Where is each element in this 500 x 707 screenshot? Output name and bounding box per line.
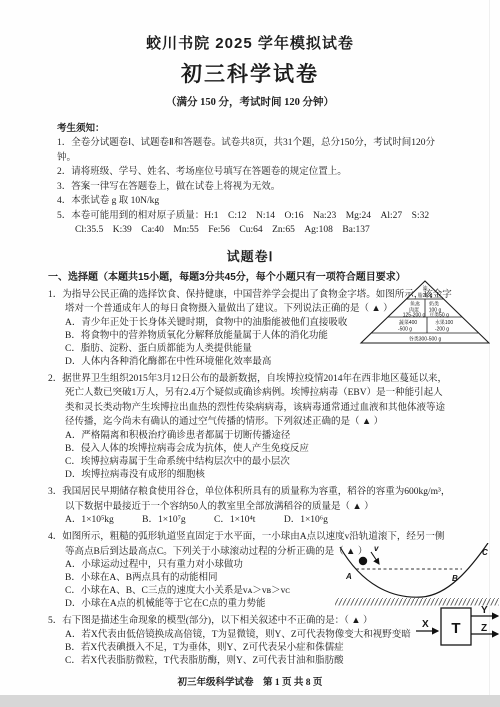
- ball-marker: [359, 557, 367, 565]
- question-stem: 5．右下图是描述生命现象的模型(部分)，以下相关叙述中不正确的是：（ ▲ ）: [48, 614, 452, 629]
- question-number: 1．: [48, 290, 62, 300]
- exam-info: （满分 150 分，考试时间 120 分钟）: [48, 96, 452, 109]
- question-stem-text: 据世界卫生组织2015年3月12日公布的最新数据，自埃博拉疫情2014年在西非地…: [62, 374, 447, 428]
- notice-item: 2．请将班级、学号、姓名、考场座位号填写在答题卷的规定位置上。: [57, 165, 452, 180]
- option: B．侵入人体的埃博拉病毒会成为抗体，使人产生免疫反应: [48, 443, 452, 456]
- pyramid-tier1-amount: 脂25 g: [418, 292, 433, 299]
- question-number: 5．: [48, 616, 62, 626]
- option: D．埃博拉病毒没有成形的细胞核: [48, 469, 452, 482]
- question-number: 3．: [48, 487, 62, 497]
- question-stem: 3．我国居民早期储存粮食使用谷仓，单位体积所具有的质量称为容重，稻谷的容重为60…: [48, 485, 452, 514]
- point-c-label: C: [482, 548, 488, 557]
- question-stem-text: 右下图是描述生命现象的模型(部分)，以下相关叙述中不正确的是：（ ▲ ）: [62, 616, 372, 626]
- input-x-label: X: [422, 619, 429, 630]
- options-row: A．1×10⁵kg B．1×10⁷g C．1×10⁴t D．1×10⁶g: [48, 514, 452, 527]
- pyramid-tier2-right: 奶类: [429, 301, 439, 308]
- notice-item: 1．全卷分试题卷Ⅰ、试题卷Ⅱ和答题卷。试卷共8页，共31个题，总分150分，考试…: [57, 136, 452, 165]
- option: C．1×10⁴t: [214, 514, 255, 527]
- section-title: 试题卷Ⅰ: [48, 249, 452, 265]
- option: A．严格隔离和积极治疗确诊患者都属于切断传播途径: [48, 430, 452, 443]
- notice-heading: 考生须知：: [57, 122, 452, 136]
- page-footer: 初三年级科学试卷 第 1 页 共 8 页: [48, 677, 452, 689]
- output-y-label: Y: [481, 605, 488, 616]
- box-t-label: T: [451, 620, 460, 637]
- food-pyramid-figure: 油 脂25 g 鱼禽 肉蛋 125-200 g 奶类 100 g 豆类50 g …: [354, 279, 490, 358]
- question-number: 2．: [48, 374, 62, 384]
- question-stem-text: 我国居民早期储存粮食使用谷仓，单位体积所具有的质量称为容重，稻谷的容重为600k…: [62, 487, 450, 512]
- question-3: 3．我国居民早期储存粮食使用谷仓，单位体积所具有的质量称为容重，稻谷的容重为60…: [48, 485, 452, 527]
- pyramid-tier3-left: 蔬菜400: [399, 319, 418, 326]
- pyramid-tier3-left-amount: -500 g: [398, 327, 412, 333]
- velocity-label: v: [374, 544, 379, 553]
- question-5: 5．右下图是描述生命现象的模型(部分)，以下相关叙述中不正确的是：（ ▲ ） A…: [48, 614, 452, 668]
- page-subtitle: 初三科学试卷: [48, 62, 452, 88]
- option: C．埃博拉病毒属于生命系统中结构层次中的最小层次: [48, 456, 452, 469]
- pyramid-tier2-left: 鱼禽: [410, 301, 420, 308]
- pyramid-tier3-right: 水果100: [435, 319, 454, 326]
- pyramid-tier4: 谷类300-500 g: [409, 336, 442, 343]
- option: A．若X代表由低倍镜换成高倍镜，T为显微镜，则Y、Z可代表物像变大和视野变暗: [48, 629, 452, 642]
- question-stem: 2．据世界卫生组织2015年3月12日公布的最新数据，自埃博拉疫情2014年在西…: [48, 372, 452, 430]
- option: C．若X代表脂肪微粒，T代表脂肪酶，则Y、Z可代表甘油和脂肪酸: [48, 655, 452, 668]
- option: B．若X代表碘摄入不足，T为垂体，则Y、Z可代表呆小症和侏儒症: [48, 642, 452, 655]
- pyramid-tier2-left-amount: 125-200 g: [403, 312, 426, 318]
- scan-edge-strip: [0, 695, 500, 707]
- page-title: 蛟川书院 2025 学年模拟试卷: [48, 34, 452, 53]
- question-2: 2．据世界卫生组织2015年3月12日公布的最新数据，自埃博拉疫情2014年在西…: [48, 372, 452, 482]
- point-b-label: B: [452, 574, 458, 583]
- exam-page: 蛟川书院 2025 学年模拟试卷 初三科学试卷 （满分 150 分，考试时间 1…: [0, 0, 500, 707]
- pyramid-tier3-right-amount: -200 g: [435, 327, 449, 333]
- option: B．1×10⁷g: [142, 514, 186, 527]
- model-diagram: T X Y Z: [414, 603, 500, 656]
- notice-item: 4．本张试卷 g 取 10N/kg: [57, 194, 452, 209]
- output-z-label: Z: [481, 623, 487, 634]
- notice-item: 3．答案一律写在答题卷上，做在试卷上将视为无效。: [57, 180, 452, 195]
- question-number: 4．: [48, 532, 62, 542]
- page-fold-line: [489, 0, 490, 707]
- option: D．1×10⁶g: [284, 514, 328, 527]
- notice-section: 考生须知： 1．全卷分试题卷Ⅰ、试题卷Ⅱ和答题卷。试卷共8页，共31个题，总分1…: [48, 122, 452, 238]
- notice-item: Cl:35.5 K:39 Ca:40 Mn:55 Fe:56 Cu:64 Zn:…: [57, 223, 452, 238]
- pyramid-tier2-right2: 豆类50 g: [429, 311, 449, 318]
- point-a-label: A: [345, 572, 352, 581]
- option: A．1×10⁵kg: [65, 514, 114, 527]
- pyramid-tier1-label: 油: [422, 285, 427, 292]
- notice-item: 5．本卷可能用到的相对原子质量：H:1 C:12 N:14 O:16 Na:23…: [57, 209, 452, 224]
- track-diagram: v A B C: [334, 543, 500, 612]
